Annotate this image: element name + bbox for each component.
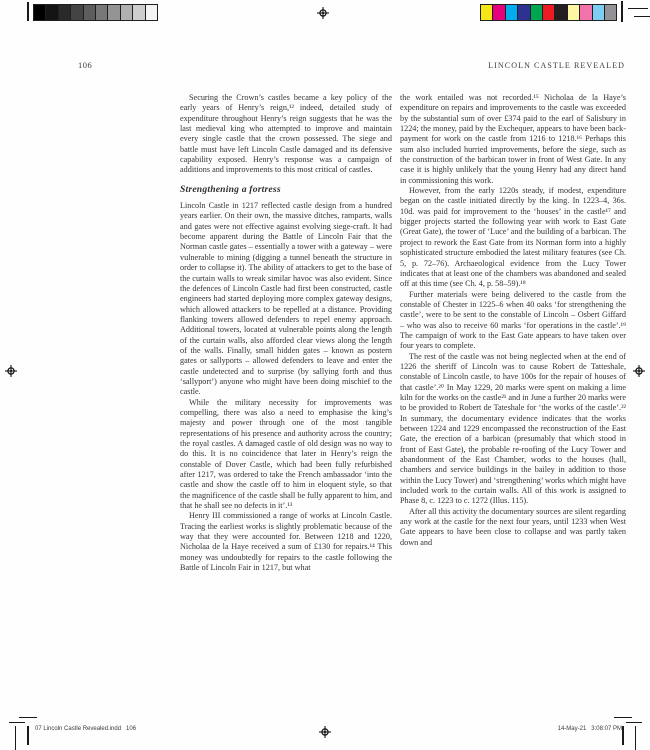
page-number: 106 [78, 60, 92, 70]
crop-mark [9, 722, 25, 723]
paragraph: However, from the early 1220s steady, if… [400, 186, 626, 289]
paragraph: Further materials were being delivered t… [400, 290, 626, 352]
color-swatch [132, 4, 145, 21]
color-swatch [604, 4, 617, 21]
color-swatch [579, 4, 592, 21]
running-title: LINCOLN CASTLE REVEALED [488, 61, 625, 70]
paragraph: The rest of the castle was not being neg… [400, 352, 626, 507]
crop-mark [27, 2, 29, 21]
grayscale-calibration-bar [34, 4, 158, 21]
slug-filename: 07 Lincoln Castle Revealed.indd 106 [35, 726, 136, 732]
left-column: Securing the Crown’s castles became a ke… [180, 93, 392, 573]
paragraph: While the military necessity for improve… [180, 398, 392, 512]
crop-mark [622, 726, 624, 745]
color-swatch [480, 4, 493, 21]
color-swatch [592, 4, 605, 21]
color-swatch [120, 4, 133, 21]
book-proof-page: 106 LINCOLN CASTLE REVEALED Securing the… [0, 0, 650, 750]
text-block: Securing the Crown’s castles became a ke… [180, 93, 626, 573]
color-swatch [145, 4, 158, 21]
color-swatch [542, 4, 555, 21]
color-swatch [492, 4, 505, 21]
color-swatch [33, 4, 46, 21]
paragraph: the work entailed was not recorded.¹⁵ Ni… [400, 93, 626, 186]
crop-mark [621, 1, 623, 22]
crop-mark [626, 722, 642, 723]
paragraph: Lincoln Castle in 1217 reflected castle … [180, 201, 392, 398]
color-swatch [70, 4, 83, 21]
paragraph: Securing the Crown’s castles became a ke… [180, 93, 392, 176]
color-swatch [530, 4, 543, 21]
slug-timestamp: 14-May-21 3:08:07 PM [558, 726, 622, 732]
registration-mark-icon [5, 365, 17, 377]
right-column: the work entailed was not recorded.¹⁵ Ni… [400, 93, 626, 573]
color-swatch [107, 4, 120, 21]
color-swatch [567, 4, 580, 21]
crop-mark [27, 726, 29, 745]
crop-mark [614, 717, 632, 718]
crop-mark [19, 717, 37, 718]
color-swatch [83, 4, 96, 21]
color-swatch [505, 4, 518, 21]
registration-mark-icon [633, 365, 645, 377]
section-heading: Strengthening a fortress [180, 185, 392, 195]
color-swatch [45, 4, 58, 21]
crop-mark [15, 726, 16, 750]
registration-mark-icon [319, 726, 331, 738]
color-calibration-bar [481, 4, 617, 21]
paragraph: After all this activity the documentary … [400, 507, 626, 548]
color-swatch [517, 4, 530, 21]
color-swatch [554, 4, 567, 21]
color-swatch [95, 4, 108, 21]
crop-mark [635, 726, 636, 750]
crop-mark [634, 16, 650, 17]
registration-mark-icon [317, 7, 329, 19]
color-swatch [58, 4, 71, 21]
paragraph: Henry III commissioned a range of works … [180, 511, 392, 573]
crop-mark [628, 8, 648, 9]
